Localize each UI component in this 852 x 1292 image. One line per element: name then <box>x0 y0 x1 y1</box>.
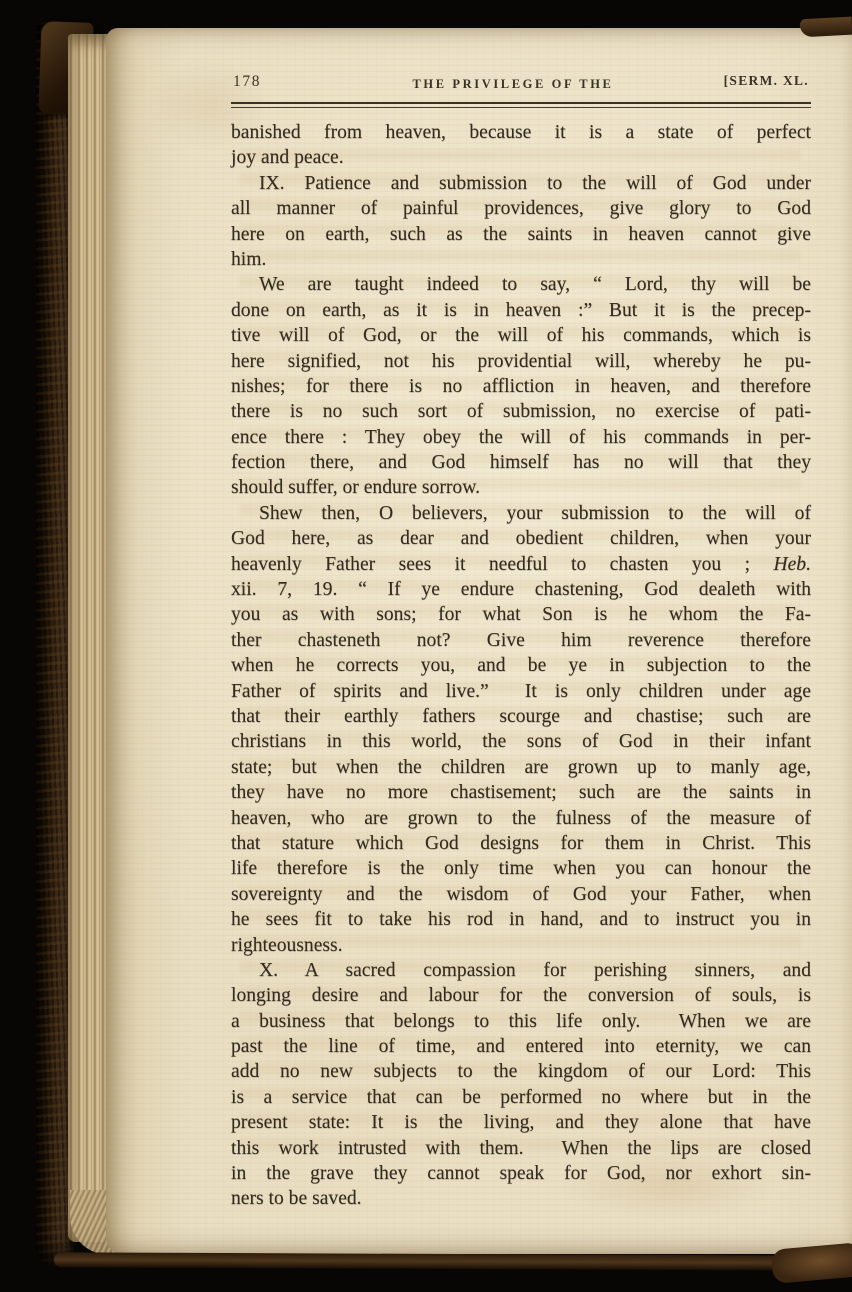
text-line: him. <box>231 247 811 272</box>
text-line: is a service that can be performed no wh… <box>231 1085 811 1110</box>
scan-backdrop: { "palette": { "backdrop": "#080604", "l… <box>0 0 852 1292</box>
text-line: IX. Patience and submission to the will … <box>231 171 811 196</box>
header-double-rule <box>231 102 811 108</box>
text-line: Shew then, O believers, your submission … <box>231 501 811 526</box>
text-line: when he corrects you, and be ye in subje… <box>231 653 811 678</box>
italic-text-segment: Heb. <box>773 554 811 575</box>
paragraph: IX. Patience and submission to the will … <box>231 171 811 273</box>
text-line: should suffer, or endure sorrow. <box>231 475 811 500</box>
text-line: fection there, and God himself has no wi… <box>231 450 811 475</box>
body-text: banished from heaven, because it is a st… <box>231 120 811 1212</box>
text-line: sovereignty and the wisdom of God your F… <box>231 882 811 907</box>
text-line: add no new subjects to the kingdom of ou… <box>231 1059 811 1084</box>
running-title: THE PRIVILEGE OF THE <box>412 77 613 92</box>
paragraph: We are taught indeed to say, “ Lord, thy… <box>231 272 811 501</box>
text-line: joy and peace. <box>231 145 811 170</box>
text-line: he sees fit to take his rod in hand, and… <box>231 907 811 932</box>
text-line: past the line of time, and entered into … <box>231 1034 811 1059</box>
paragraph: X. A sacred compassion for perishing sin… <box>231 958 811 1212</box>
book-bottom-cover-corner <box>771 1242 852 1284</box>
text-line: righteousness. <box>231 933 811 958</box>
text-line: that their earthly fathers scourge and c… <box>231 704 811 729</box>
text-line: banished from heaven, because it is a st… <box>231 120 811 145</box>
text-line: tive will of God, or the will of his com… <box>231 323 811 348</box>
page-number: 178 <box>233 73 261 91</box>
text-line: Father of spirits and live.” It is only … <box>231 679 811 704</box>
text-line: they have no more chastisement; such are… <box>231 780 811 805</box>
text-line: life therefore is the only time when you… <box>231 856 811 881</box>
text-line: here signified, not his providential wil… <box>231 349 811 374</box>
book-bottom-cover-edge <box>54 1252 852 1270</box>
paragraph: banished from heaven, because it is a st… <box>231 120 811 171</box>
text-line: there is no such sort of submission, no … <box>231 399 811 424</box>
text-line: state; but when the children are grown u… <box>231 755 811 780</box>
text-line: heavenly Father sees it needful to chast… <box>231 552 811 577</box>
text-line: We are taught indeed to say, “ Lord, thy… <box>231 272 811 297</box>
text-line: all manner of painful providences, give … <box>231 196 811 221</box>
text-line: this work intrusted with them. When the … <box>231 1136 811 1161</box>
text-line: here on earth, such as the saints in hea… <box>231 222 811 247</box>
text-line: longing desire and labour for the conver… <box>231 983 811 1008</box>
text-line: ners to be saved. <box>231 1186 811 1211</box>
text-line: present state: It is the living, and the… <box>231 1110 811 1135</box>
adjacent-cover-corner <box>800 17 852 38</box>
text-line: heaven, who are grown to the fulness of … <box>231 806 811 831</box>
text-line: God here, as dear and obedient children,… <box>231 526 811 551</box>
printed-page-content: 178 THE PRIVILEGE OF THE [SERM. XL. bani… <box>231 70 811 1212</box>
text-segment: heavenly Father sees it needful to chast… <box>231 554 773 575</box>
paragraph: Shew then, O believers, your submission … <box>231 501 811 958</box>
text-line: xii. 7, 19. “ If ye endure chastening, G… <box>231 577 811 602</box>
text-line: a business that belongs to this life onl… <box>231 1009 811 1034</box>
text-line: christians in this world, the sons of Go… <box>231 729 811 754</box>
sermon-reference: [SERM. XL. <box>724 73 809 89</box>
text-line: done on earth, as it is in heaven :” But… <box>231 298 811 323</box>
text-line: ther chasteneth not? Give him reverence … <box>231 628 811 653</box>
text-line: that stature which God designs for them … <box>231 831 811 856</box>
text-line: X. A sacred compassion for perishing sin… <box>231 958 811 983</box>
text-line: nishes; for there is no affliction in he… <box>231 374 811 399</box>
text-line: you as with sons; for what Son is he who… <box>231 602 811 627</box>
text-line: ence there : They obey the will of his c… <box>231 425 811 450</box>
page-header: 178 THE PRIVILEGE OF THE [SERM. XL. <box>231 70 811 100</box>
text-line: in the grave they cannot speak for God, … <box>231 1161 811 1186</box>
